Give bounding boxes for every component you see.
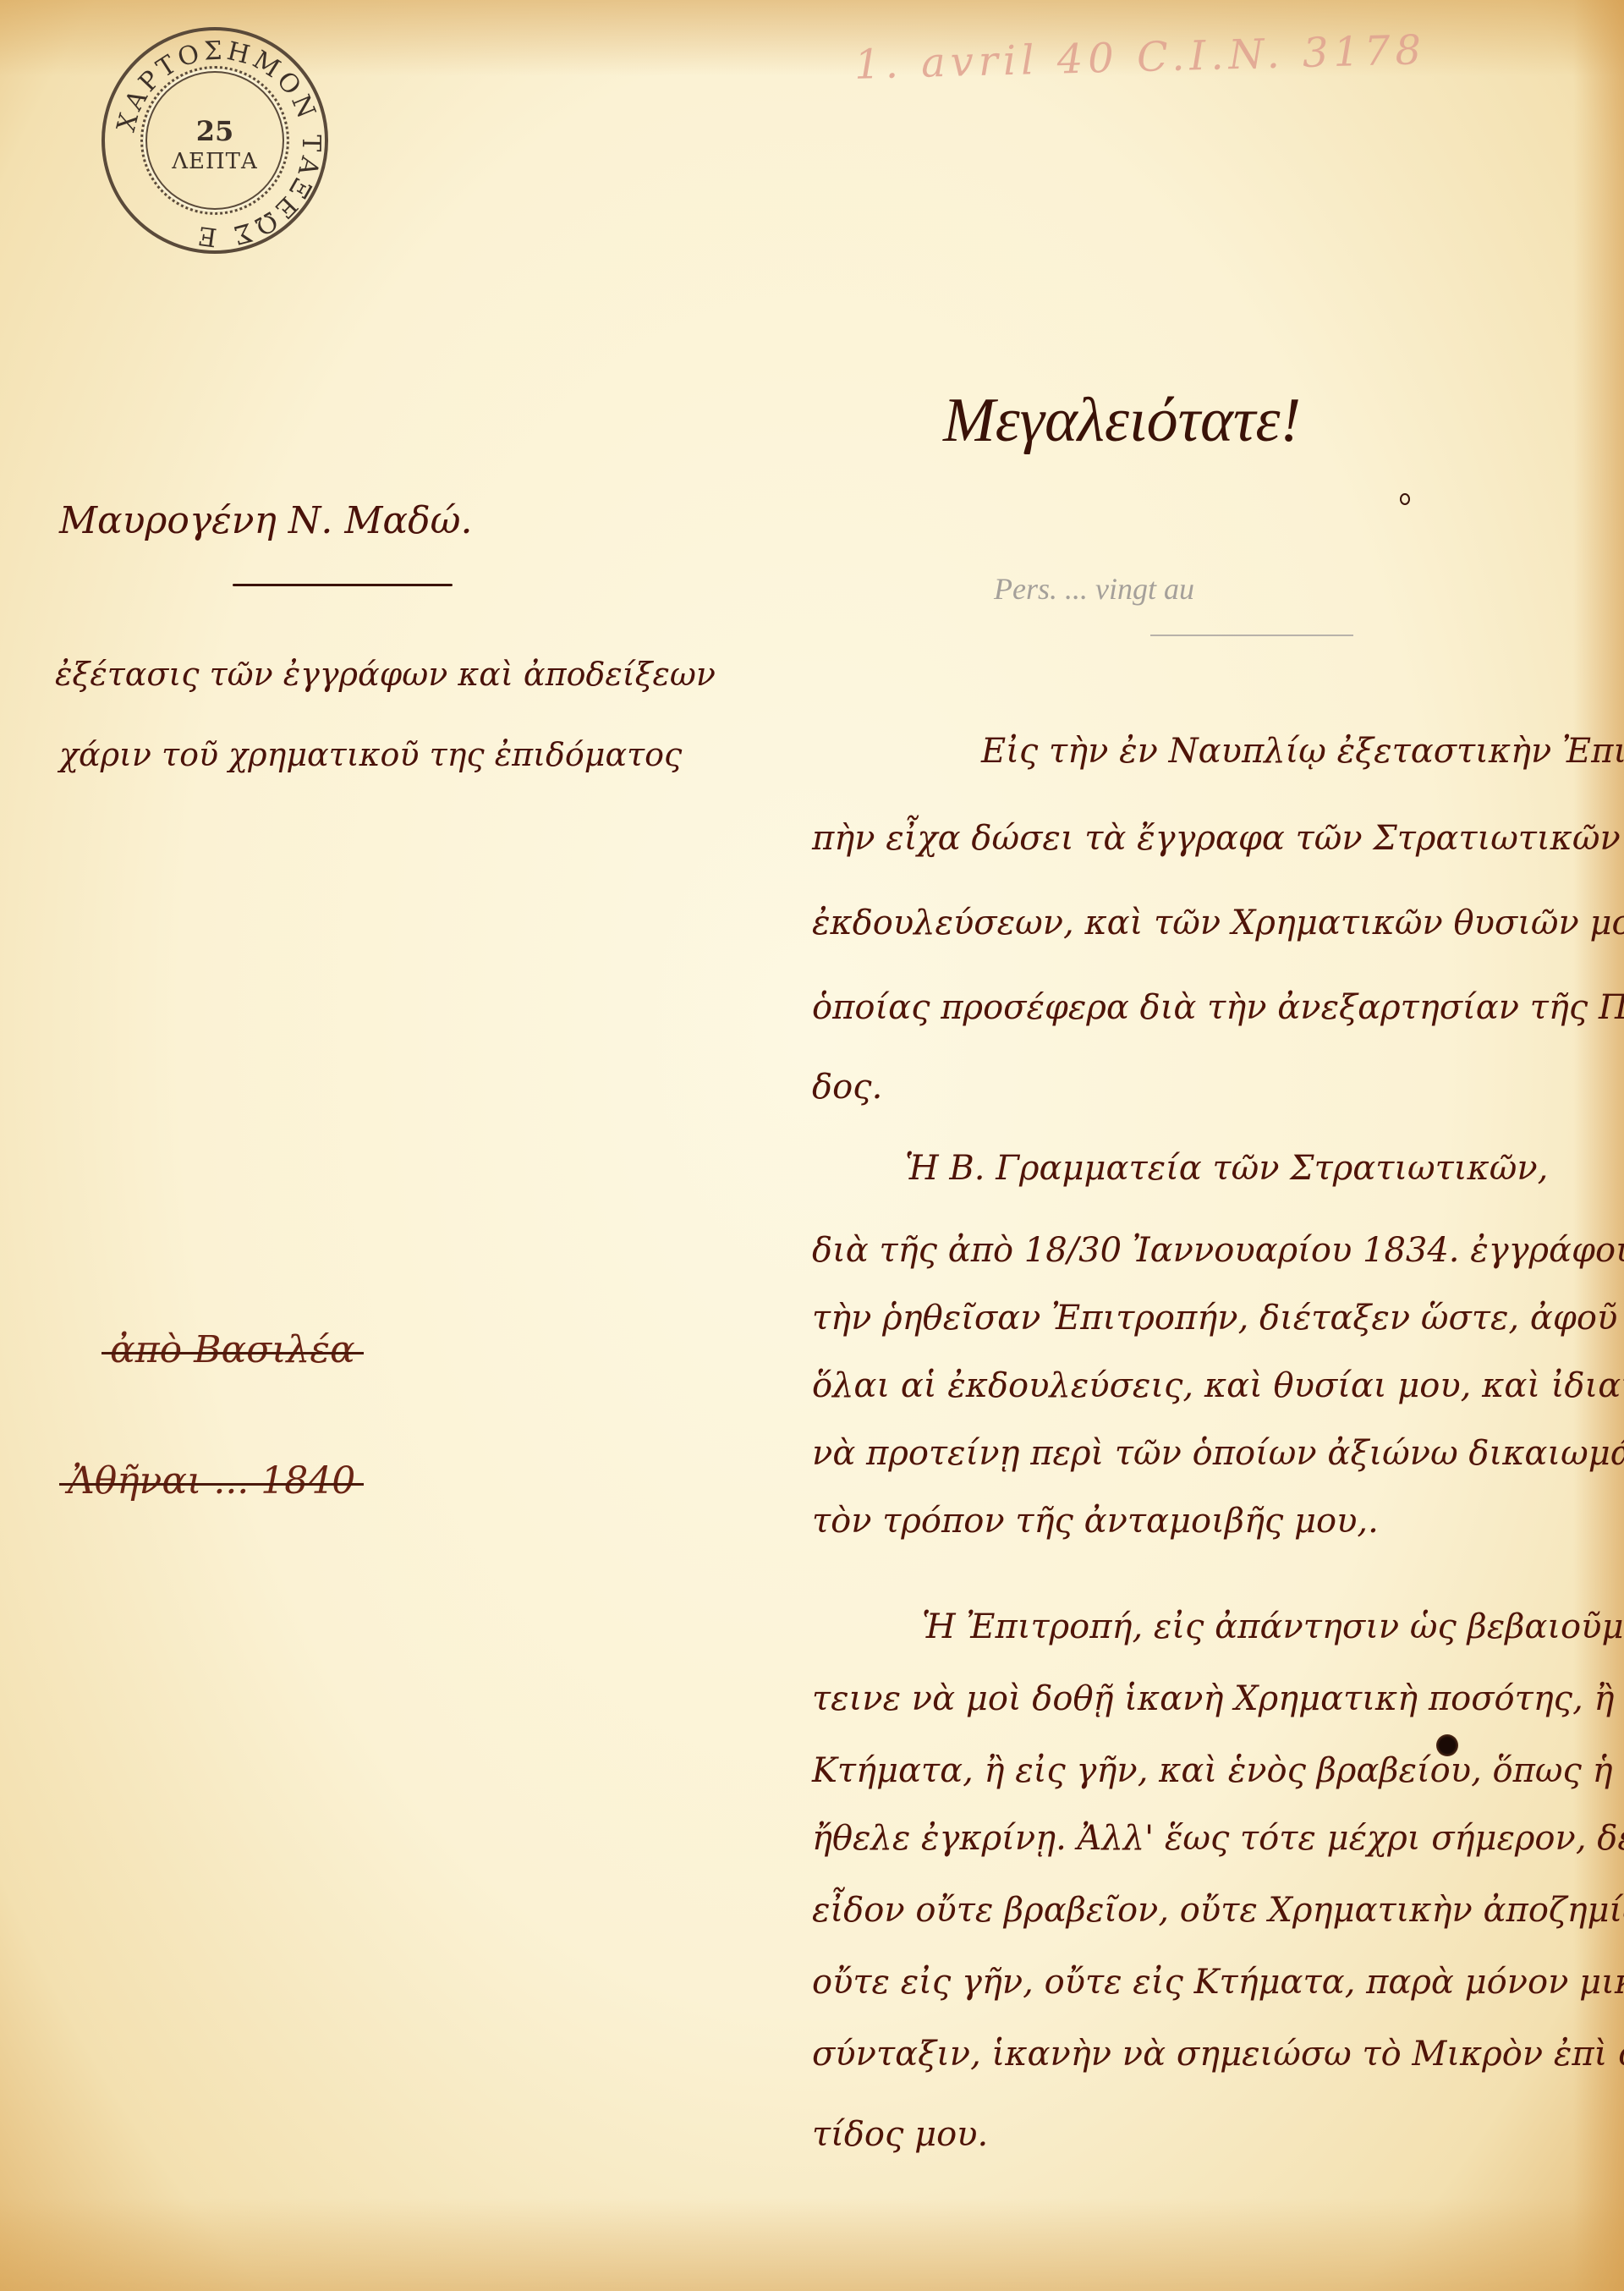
letter-line: εἶδον οὔτε βραβεῖον, οὔτε Χρηματικὴν ἀπο…: [812, 1891, 1624, 1930]
manuscript-page: ΧΑΡΤΟΣΗΜΟΝ ΤΑΞΕΩΣ Ε 25 ΛΕΠΤΑ 1. avril 40…: [0, 0, 1624, 2291]
margin-note-line: χάριν τοῦ χρηματικοῦ της ἐπιδόματος: [59, 736, 682, 773]
letter-line: δος.: [812, 1068, 882, 1107]
stamp-value: 25: [105, 115, 325, 147]
letter-line: οὔτε εἰς γῆν, οὔτε εἰς Κτήματα, παρὰ μόν…: [812, 1963, 1624, 2002]
letter-line: πὴν εἶχα δώσει τὰ ἔγγραφα τῶν Στρατιωτικ…: [812, 819, 1624, 858]
revenue-stamp: ΧΑΡΤΟΣΗΜΟΝ ΤΑΞΕΩΣ Ε 25 ΛΕΠΤΑ: [101, 27, 328, 254]
letter-line: Ἡ Ἐπιτροπή, εἰς ἀπάντησιν ὡς βεβαιοῦμαι,…: [922, 1607, 1624, 1646]
letter-line: διὰ τῆς ἀπὸ 18/30 Ἰαννουαρίου 1834. ἐγγρ…: [812, 1231, 1624, 1270]
letter-line: τὸν τρόπον τῆς ἀνταμοιβῆς μου,.: [812, 1502, 1379, 1541]
letter-line: τεινε νὰ μοὶ δοθῇ ἱκανὴ Χρηματικὴ ποσότη…: [812, 1679, 1624, 1718]
letter-line: τὴν ῥηθεῖσαν Ἐπιτροπήν, διέταξεν ὥστε, ἀ…: [812, 1299, 1624, 1338]
letter-line: σύνταξιν, ἱκανὴν νὰ σημειώσω τὸ Μικρὸν ἐ…: [812, 2035, 1624, 2074]
salutation-heading: Μεγαλειότατε!: [943, 385, 1301, 457]
stamp-unit: ΛΕΠΤΑ: [105, 149, 325, 174]
letter-line: Ἡ Β. Γραμματεία τῶν Στρατιωτικῶν,: [905, 1149, 1548, 1188]
letter-line: Εἰς τὴν ἐν Ναυπλίῳ ἐξεταστικὴν Ἐπιτρο-: [981, 732, 1624, 771]
ink-mark: [1400, 493, 1410, 505]
struck-margin-line: Ἀθῆναι ... 1840: [68, 1459, 355, 1503]
letter-line: ἐκδουλεύσεων, καὶ τῶν Χρηματικῶν θυσιῶν …: [812, 904, 1624, 942]
margin-divider: [233, 584, 453, 586]
letter-line: Κτήματα, ἢ εἰς γῆν, καὶ ἑνὸς βραβείου, ὅ…: [812, 1751, 1624, 1790]
margin-note-line: ἐξέτασις τῶν ἐγγράφων καὶ ἀποδείξεων: [55, 656, 716, 693]
letter-line: ὅλαι αἱ ἐκδουλεύσεις, καὶ θυσίαι μου, κα…: [812, 1366, 1624, 1405]
pencil-note: Pers. ... vingt au: [994, 571, 1194, 607]
margin-sender-name: Μαυρογένη Ν. Μαδώ.: [59, 499, 472, 542]
letter-line: ἤθελε ἐγκρίνῃ. Ἀλλ' ἕως τότε μέχρι σήμερ…: [812, 1819, 1624, 1858]
letter-line: ὁποίας προσέφερα διὰ τὴν ἀνεξαρτησίαν τῆ…: [812, 988, 1624, 1027]
letter-line: νὰ προτείνῃ περὶ τῶν ὁποίων ἀξιώνω δικαι…: [812, 1434, 1624, 1473]
archive-annotation: 1. avril 40 C.I.N. 3178: [853, 26, 1426, 89]
paper-edge-stain: [1573, 0, 1624, 2291]
struck-margin-line: ἀπὸ Βασιλέα: [110, 1328, 355, 1371]
pencil-underline: [1150, 635, 1353, 636]
letter-line: τίδος μου.: [812, 2115, 988, 2154]
ink-blot: [1436, 1734, 1458, 1756]
